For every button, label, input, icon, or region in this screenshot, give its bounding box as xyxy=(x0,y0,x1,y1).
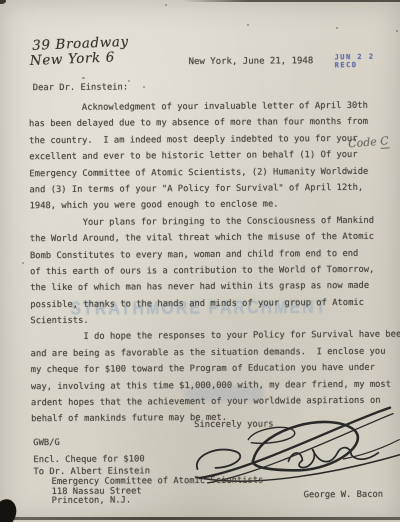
scan-edge-top xyxy=(182,0,400,2)
letterhead: 39 Broadway New York 6 xyxy=(32,35,130,68)
text-line: the World Around, the vital threat which… xyxy=(30,229,390,248)
salutation: Dear Dr. Einstein: xyxy=(33,82,128,93)
paper-speck xyxy=(82,77,85,79)
received-date-stamp: JUN 2 2 RECD xyxy=(334,52,398,69)
letter-content: 39 Broadway New York 6 New York, June 21… xyxy=(0,0,400,522)
paper-speck xyxy=(128,80,130,82)
typist-initials: GWB/G xyxy=(33,438,60,448)
paper-speck xyxy=(165,4,167,6)
text-line: and (3) In terms of your "A Policy for S… xyxy=(29,180,389,199)
text-line: excellent and ever to be historic letter… xyxy=(29,147,389,166)
body-lines: Acknowledgment of your invaluable letter… xyxy=(29,98,391,428)
enclosure-note: Encl. Cheque for $100 xyxy=(33,454,144,465)
paper-speck xyxy=(396,30,398,32)
text-line: my cheque for $100 toward the Program of… xyxy=(31,360,391,379)
signature-typed-name: George W. Bacon xyxy=(304,490,384,501)
text-line: possible, thanks to the hands and minds … xyxy=(30,294,390,313)
letter-scan: 39 Broadway New York 6 New York, June 21… xyxy=(0,0,400,522)
paper-speck xyxy=(247,24,249,26)
paper-speck xyxy=(22,262,24,264)
text-line: Princeton, N.J. xyxy=(34,496,264,507)
dateline: New York, June 21, 1948 xyxy=(189,56,314,67)
paper-speck xyxy=(336,27,338,29)
paper-speck xyxy=(143,86,145,88)
recipient-address-block: To Dr. Albert EinsteinEmergency Committe… xyxy=(33,467,263,508)
letterhead-city-line: New York 6 xyxy=(30,49,130,68)
